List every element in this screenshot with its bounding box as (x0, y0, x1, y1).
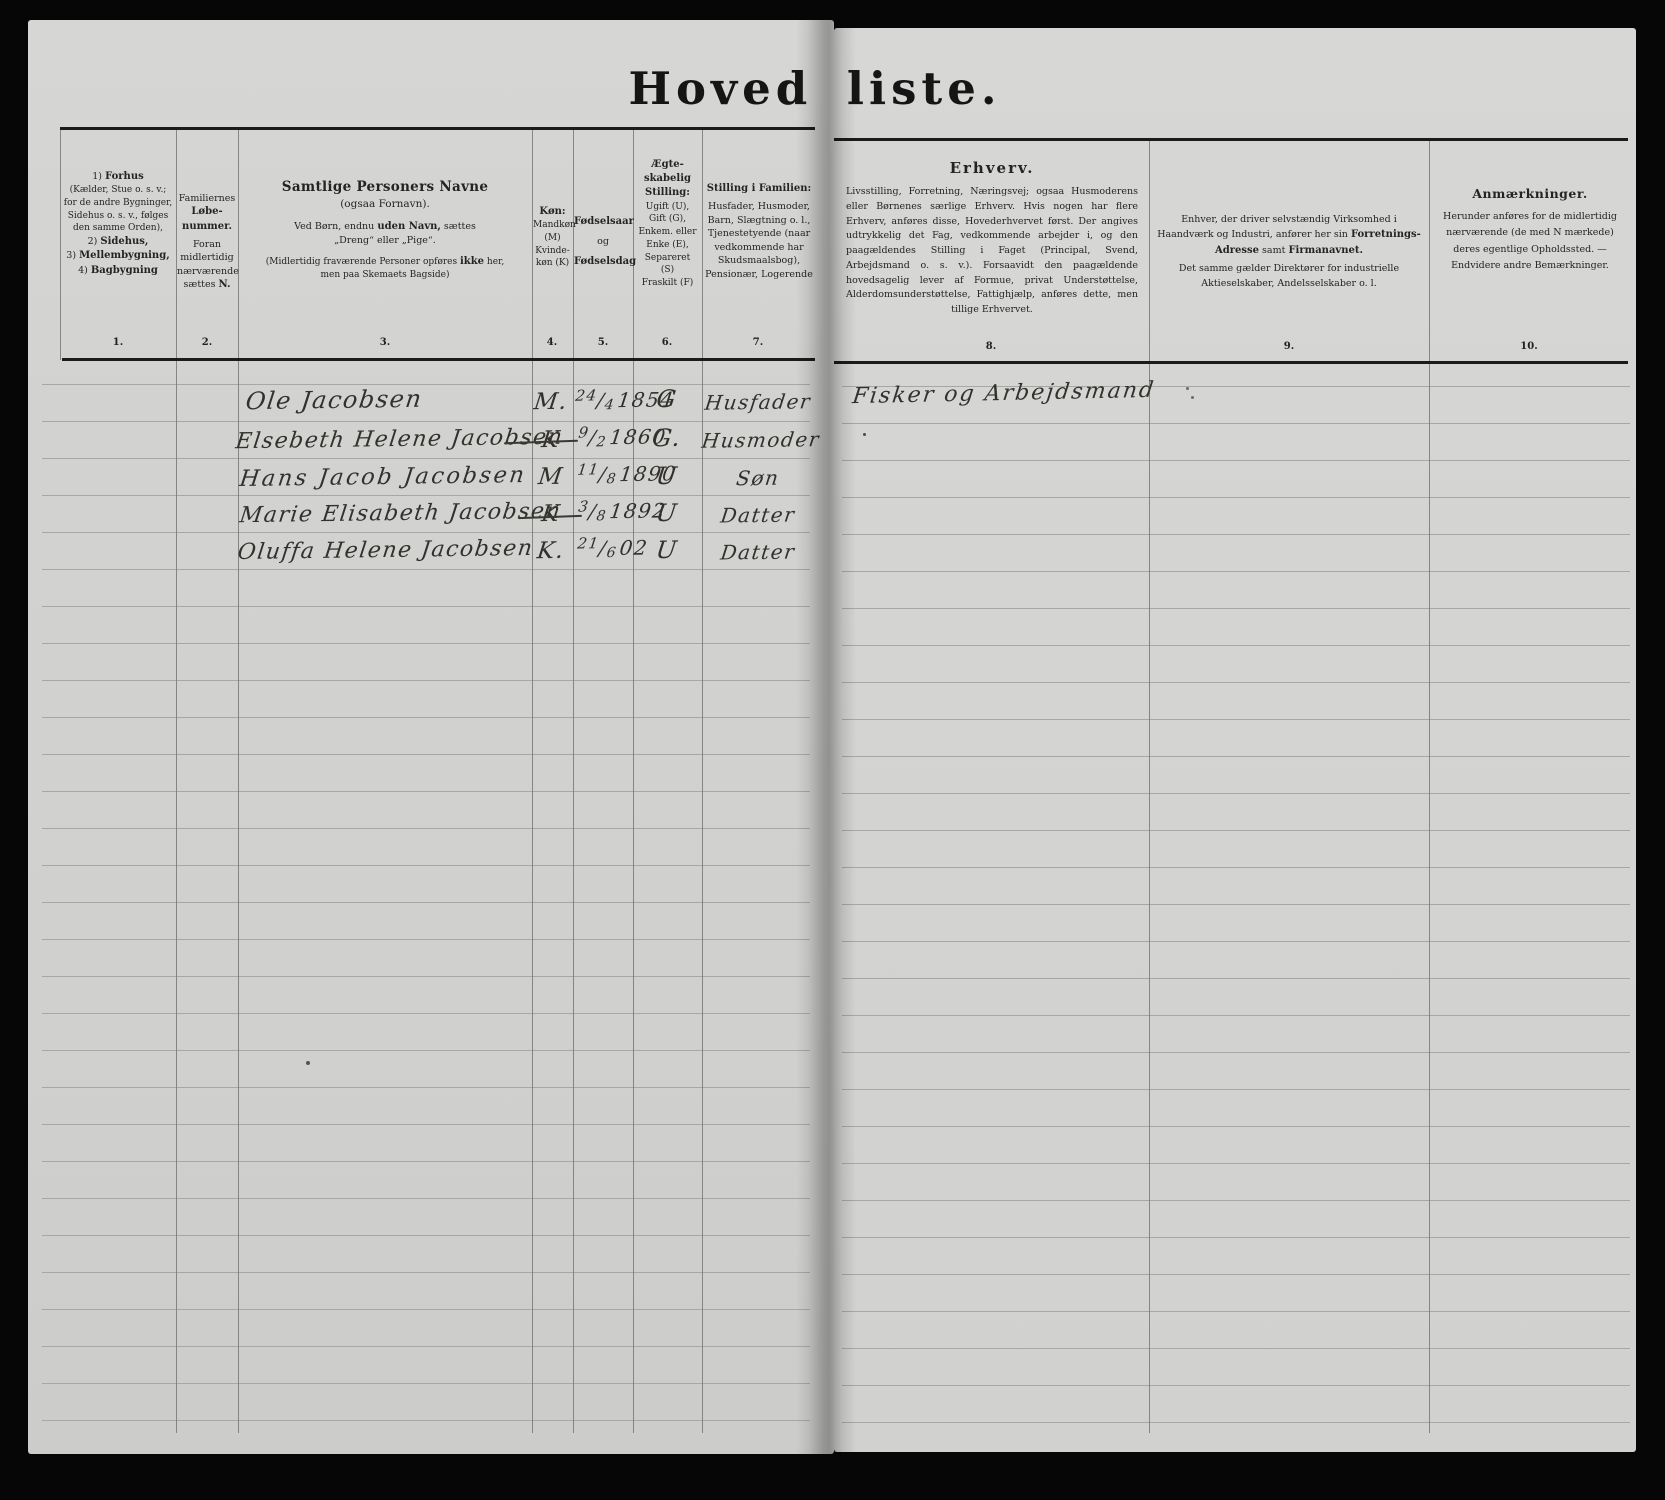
birth-month: 8 (596, 508, 608, 524)
column-text: Livsstilling, Forretning, Næringsvej; og… (846, 185, 1138, 317)
column-text: Enkem. eller (634, 226, 701, 239)
column-title: Anmærkninger. (1437, 183, 1623, 204)
column-text: Løbe- (191, 206, 222, 217)
column-text: uden Navn, (377, 221, 441, 232)
birth-month: 6 (606, 545, 618, 561)
column-number-2: 2. (177, 337, 237, 348)
column-text: N. (218, 279, 230, 290)
ink-dot (306, 1061, 310, 1065)
birth-month: 4 (604, 397, 616, 413)
birth-month: 2 (596, 434, 608, 450)
birth-day: 11 (576, 460, 600, 478)
column-header-3: Samtlige Personers Navne (ogsaa Fornavn)… (240, 178, 530, 282)
column-title: Erhverv. (846, 158, 1138, 179)
column-text: Herunder anføres for de midlertidig nærv… (1437, 209, 1623, 274)
column-number-9: 9. (1259, 341, 1319, 352)
column-text: Familiernes (177, 192, 237, 205)
column-text: Ugift (U), (634, 201, 701, 214)
column-line (702, 130, 703, 1433)
column-text: (Midlertidig fraværende Personer opføres (266, 257, 457, 267)
entry-sex: K (528, 501, 573, 528)
item-number: 3) (66, 250, 76, 261)
column-header-8: Erhverv. Livsstilling, Forretning, Nærin… (846, 158, 1138, 318)
ink-smudge (1186, 387, 1189, 390)
column-text: Mandkøn (533, 219, 572, 232)
column-line (532, 130, 533, 1433)
column-text: Det samme gælder Direktører for industri… (1156, 261, 1422, 291)
column-header-10: Anmærkninger. Herunder anføres for de mi… (1437, 183, 1623, 274)
column-line (1429, 141, 1430, 1433)
column-text: Fraskilt (F) (634, 277, 701, 290)
entry-sex: M (528, 464, 573, 491)
column-line (176, 130, 177, 1433)
column-text: Firmanavnet. (1288, 245, 1363, 256)
column-line (60, 130, 61, 360)
birth-day: 24 (574, 386, 598, 404)
entry-marital: U (643, 462, 691, 491)
column-text: her, (487, 257, 504, 267)
item-label: Bagbygning (91, 265, 158, 276)
entry-marital: G (643, 385, 691, 414)
entry-sex: M. (528, 389, 573, 416)
header-bottom-rule-left (62, 358, 815, 361)
column-subtitle: (ogsaa Fornavn). (240, 197, 530, 212)
column-number-3: 3. (355, 337, 415, 348)
column-text: køn (K) (533, 257, 572, 270)
entry-name: Marie Elisabeth Jacobsen (238, 499, 563, 528)
column-text: Kvinde- (533, 245, 572, 258)
ink-smudge (1191, 396, 1194, 399)
column-text: og (574, 235, 632, 248)
item-label: Mellembygning, (79, 250, 170, 261)
column-text: Fødselsaar (574, 216, 634, 227)
column-text: Gift (G), (634, 213, 701, 226)
column-number-6: 6. (637, 337, 697, 348)
item-label: Sidehus, (100, 236, 148, 247)
column-text: sættes (444, 221, 476, 232)
column-header-6: Ægte- skabelig Stilling: Ugift (U), Gift… (634, 158, 701, 290)
column-number-5: 5. (573, 337, 633, 348)
column-line (1149, 141, 1150, 1433)
entry-name: Elsebeth Helene Jacobsen (234, 425, 565, 455)
column-title: Køn: (539, 206, 565, 217)
page-fold-shadow (796, 20, 856, 1454)
column-text: Ved Børn, endnu (294, 221, 374, 232)
column-line (633, 130, 634, 1433)
column-number-7: 7. (728, 337, 788, 348)
item-number: 4) (78, 265, 88, 276)
header-top-rule-right (834, 138, 1628, 141)
column-text: ikke (460, 256, 484, 267)
column-title: Stilling: (645, 187, 690, 198)
birth-day: 21 (576, 534, 600, 552)
header-top-rule-left (60, 127, 815, 130)
entry-marital: U (643, 536, 691, 565)
column-title: Samtlige Personers Navne (240, 178, 530, 197)
entry-marital: U (643, 499, 691, 528)
column-text: nummer. (182, 221, 232, 232)
item-label: Forhus (105, 171, 144, 182)
column-line (238, 130, 239, 1433)
scanned-census-sheet: Hoved liste. 1) Forhus (Kælder, Stue o. … (0, 0, 1665, 1500)
column-title: Ægte- (651, 159, 683, 170)
entry-name: Oluffa Helene Jacobsen (236, 536, 535, 565)
column-text: Fødselsdag (574, 256, 636, 267)
column-header-9: Enhver, der driver selvstændig Virksomhe… (1156, 212, 1422, 292)
column-number-10: 10. (1499, 341, 1559, 352)
item-number: 1) (92, 171, 102, 182)
entry-sex: K. (528, 538, 573, 565)
header-bottom-rule-right (834, 361, 1628, 364)
column-text: (M) (533, 232, 572, 245)
column-text: „Dreng“ eller „Pige“. (240, 234, 530, 247)
entry-name: Ole Jacobsen (244, 385, 424, 415)
column-text: (S) (634, 264, 701, 277)
entry-name: Hans Jacob Jacobsen (238, 462, 528, 492)
column-text: Separeret (634, 252, 701, 265)
ink-dot (863, 433, 866, 436)
entry-birthdate: 21/602 (575, 534, 650, 562)
column-text: men paa Skemaets Bagside) (240, 269, 530, 282)
birth-month: 8 (606, 471, 618, 487)
item-number: 2) (88, 236, 98, 247)
entry-marital: G. (643, 424, 691, 453)
column-title: skabelig (644, 173, 691, 184)
column-header-1: 1) Forhus (Kælder, Stue o. s. v.; for de… (62, 170, 174, 278)
column-header-5: Fødselsaar og Fødselsdag (574, 215, 632, 269)
column-text: samt (1262, 245, 1285, 256)
column-text: Enke (E), (634, 239, 701, 252)
column-header-4: Køn: Mandkøn (M) Kvinde- køn (K) (533, 205, 572, 270)
column-number-1: 1. (88, 337, 148, 348)
grid-rows-right (842, 350, 1630, 1435)
column-header-2: Familiernes Løbe- nummer. Foran midlerti… (177, 192, 237, 293)
column-number-8: 8. (961, 341, 1021, 352)
column-note: (Kælder, Stue o. s. v.; for de andre Byg… (62, 184, 174, 235)
column-line (573, 130, 574, 1433)
